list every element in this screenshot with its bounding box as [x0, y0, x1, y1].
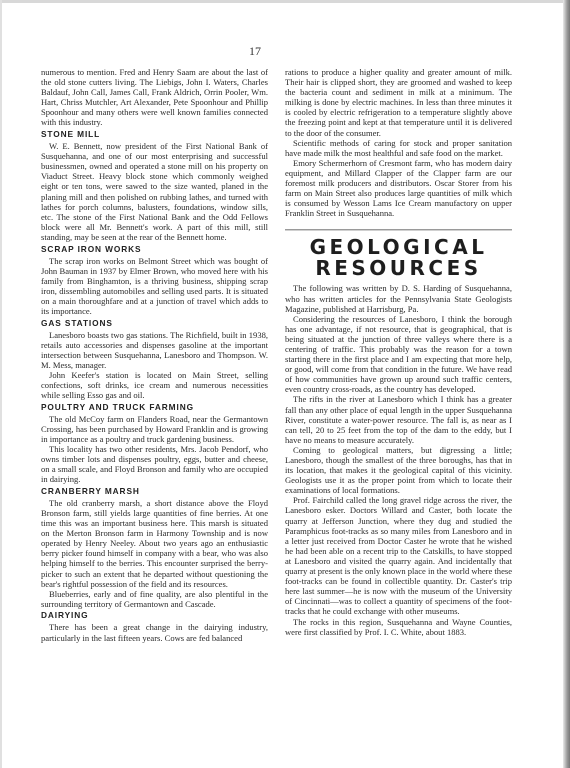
section-heading-stone-mill: STONE MILL [41, 130, 268, 140]
paragraph: Emory Schermerhorn of Cresmont farm, who… [285, 158, 512, 219]
section-heading-gas-stations: GAS STATIONS [41, 319, 268, 329]
page-left-edge [0, 0, 2, 768]
title-line-1: GEOLOGICAL [285, 237, 512, 258]
paragraph: The following was written by D. S. Hardi… [285, 283, 512, 313]
paragraph: The old cranberry marsh, a short distanc… [41, 498, 268, 589]
section-heading-scrap-iron-works: SCRAP IRON WORKS [41, 245, 268, 255]
paragraph: There has been a great change in the dai… [41, 622, 268, 642]
paragraph: The scrap iron works on Belmont Street w… [41, 256, 268, 317]
paragraph: rations to produce a higher quality and … [285, 67, 512, 138]
section-divider [285, 229, 512, 231]
paragraph: The old McCoy farm on Flanders Road, nea… [41, 414, 268, 444]
section-heading-dairying: DAIRYING [41, 611, 268, 621]
page-top-edge [0, 0, 570, 3]
paragraph: Prof. Fairchild called the long gravel r… [285, 495, 512, 616]
paragraph: Blueberries, early and of fine quality, … [41, 589, 268, 609]
right-column: rations to produce a higher quality and … [285, 67, 512, 637]
page-number: 17 [0, 44, 510, 59]
paragraph: This locality has two other residents, M… [41, 444, 268, 484]
paragraph: Scientific methods of caring for stock a… [285, 138, 512, 158]
paragraph: Lanesboro boasts two gas stations. The R… [41, 330, 268, 370]
paragraph: Considering the resources of Lanesboro, … [285, 314, 512, 395]
left-column: numerous to mention. Fred and Henry Saam… [41, 67, 268, 643]
page-binding-shadow [563, 0, 570, 768]
title-line-2: RESOURCES [285, 258, 512, 279]
paragraph: Coming to geological matters, but digres… [285, 445, 512, 495]
paragraph: W. E. Bennett, now president of the Firs… [41, 141, 268, 242]
geological-resources-title: GEOLOGICAL RESOURCES [285, 237, 512, 279]
paragraph: The rifts in the river at Lanesboro whic… [285, 394, 512, 444]
paragraph: The rocks in this region, Susquehanna an… [285, 617, 512, 637]
section-heading-poultry-truck-farming: POULTRY AND TRUCK FARMING [41, 403, 268, 413]
intro-paragraph: numerous to mention. Fred and Henry Saam… [41, 67, 268, 128]
section-heading-cranberry-marsh: CRANBERRY MARSH [41, 487, 268, 497]
paragraph: John Keefer's station is located on Main… [41, 370, 268, 400]
